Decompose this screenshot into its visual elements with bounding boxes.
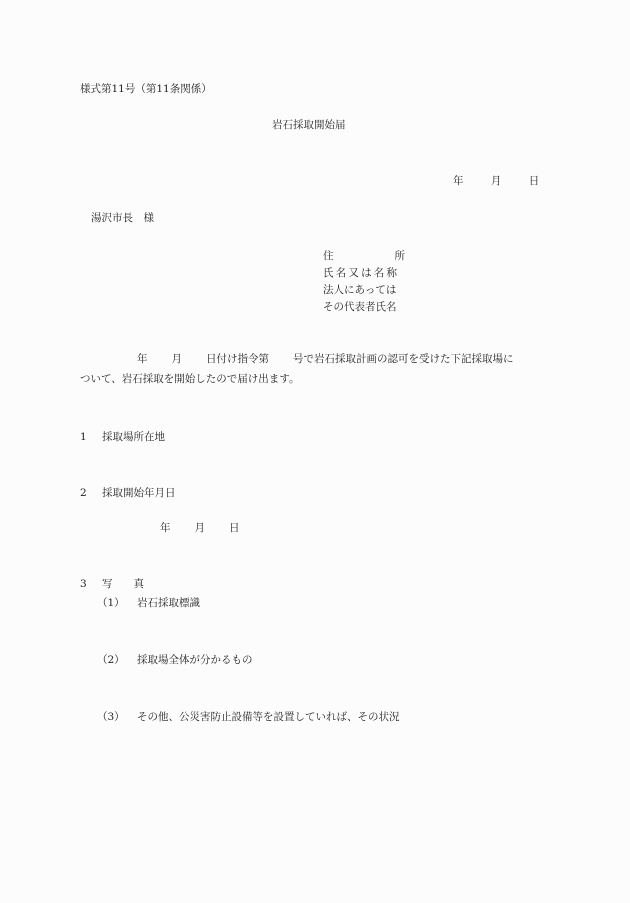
name-label: 氏名又は名称 — [323, 265, 405, 282]
submission-date: 年 月 日 — [453, 174, 539, 188]
date-year: 年 — [453, 174, 464, 188]
addressee: 湯沢市長 様 — [91, 211, 154, 225]
date-day: 日 — [529, 174, 540, 188]
notification-body: 年月日付け指令第号で岩石採取計画の認可を受けた下記採取場に ついて、岩石採取を開… — [80, 352, 514, 386]
corporation-label: 法人にあっては — [323, 282, 405, 299]
form-number: 様式第11号（第11条関係） — [80, 82, 212, 96]
section-3: 3写 真 — [80, 577, 144, 591]
start-date: 年月日 — [160, 521, 240, 535]
address-label: 住 所 — [323, 248, 405, 265]
photo-item-2: （2）採取場全体が分かるもの — [97, 653, 253, 667]
photo-item-3: （3）その他、公災害防止設備等を設置していれば、その状況 — [97, 710, 400, 724]
document-title: 岩石採取開始届 — [272, 118, 346, 132]
section-1: 1採取場所在地 — [80, 430, 165, 444]
photo-item-1: （1）岩石採取標識 — [97, 596, 200, 610]
section-2: 2採取開始年月日 — [80, 486, 176, 500]
representative-label: その代表者氏名 — [323, 299, 405, 316]
applicant-block: 住 所 氏名又は名称 法人にあっては その代表者氏名 — [323, 248, 405, 316]
date-month: 月 — [491, 174, 502, 188]
